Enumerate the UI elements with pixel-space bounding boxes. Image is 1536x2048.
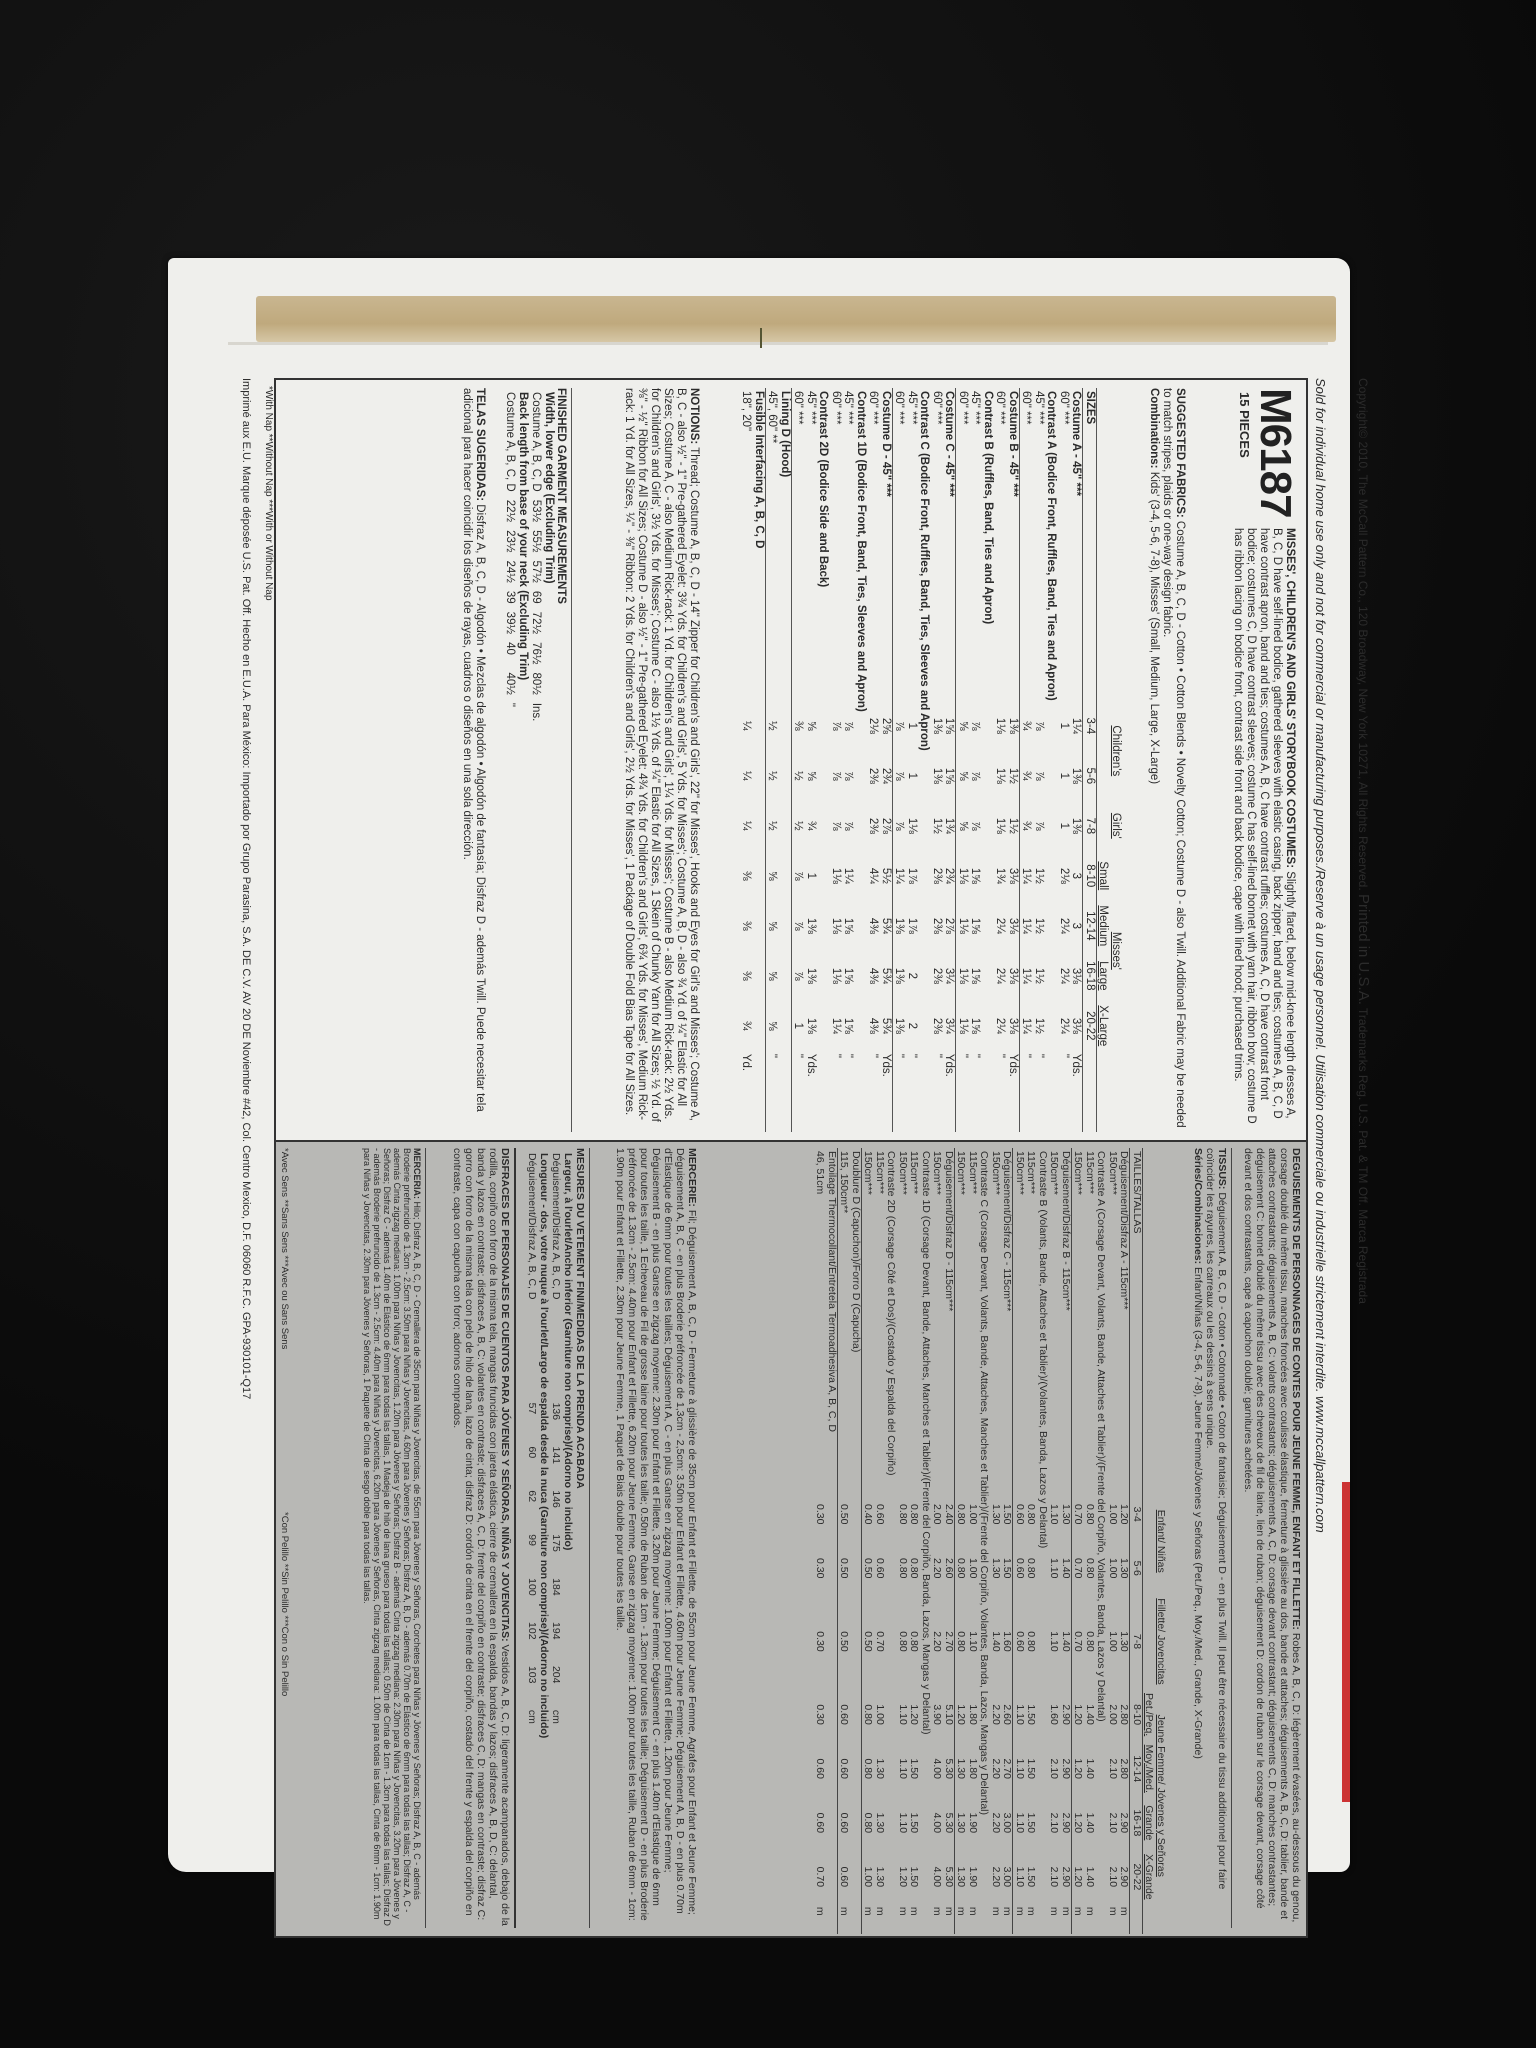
cell-value: 0.70 [1072,1487,1084,1541]
measurement-label: Width, lower edge (Excluding Trim) [542,388,555,725]
unit: " [931,1051,944,1132]
cell-value: ¾ [1020,801,1033,851]
size-group-label: Jeune Femme/ Jóvenes y Señoras [1155,1688,1167,1904]
cell-value: 0.80 [862,1742,874,1796]
measurement-label: Déguisement/Disfraz A, B, C, D [526,1148,538,1398]
cell-value: 0.80 [955,1595,967,1687]
cell-value: 1⅛ [956,851,969,901]
cell-value: 1.50 [1025,1850,1037,1904]
cell-value: ⅞ [1033,751,1046,801]
cell-value: 2¾ [943,851,956,901]
cell-value: ½ [766,701,779,751]
cell-value: 3¼ [943,951,956,1001]
cell-value: 0.80 [908,1541,920,1595]
size-header: 8-10 [1130,1688,1143,1742]
cell-value: ⅝ [956,801,969,851]
unit: m [1025,1904,1037,1934]
merceria-text: Hilo; Disfraz A, B, C, D - Cremallera de… [362,1148,422,1926]
cell-value: 2⅝ [880,701,893,751]
cell-value: 0.80 [1025,1595,1037,1687]
sizes-label: TAILLES/TALLAS [1130,1148,1143,1487]
cell-value: 1⅛ [830,851,843,901]
cell-value: 3¼ [943,1001,956,1051]
cell-value: 1.20 [1072,1688,1084,1742]
cell-value: ½ [792,751,805,801]
cell-value: 2.70 [1001,1742,1013,1796]
cell-value: ⅞ [969,701,982,751]
measurement-value: 39 [503,587,516,608]
cell-value: 0.80 [1025,1487,1037,1541]
cell-value: ½ [766,751,779,801]
row-label: 60" *** [994,388,1007,701]
table-row: 46, 51cm0.300.300.300.300.600.600.70m [814,1148,826,1934]
cell-value: 1¼ [842,851,855,901]
table-row: Fusible Interfacing A, B, C, D [753,388,766,1132]
telas-sugeridas: TELAS SUGERIDAS: Disfraz A, B, C, D - Al… [460,388,486,1128]
measurement-value: 194 [550,1617,562,1661]
cell-value: 1⅜ [805,901,818,951]
mercerie: MERCERIE: Fil; Déguisement A, B, C, D - … [614,1148,698,1928]
cell-value: 1.40 [1060,1541,1072,1595]
table-row: Costume B - 45" ***1⅜1½1½3⅛3⅛3⅛3⅛Yds. [1007,388,1020,1132]
cell-value: 1⅝ [969,851,982,901]
cell-value: 1⅜ [931,751,944,801]
measurement-value: 103 [526,1661,538,1705]
cell-value: 1½ [1033,901,1046,951]
cell-value: ⅞ [893,701,906,751]
unit: m [908,1904,920,1934]
measurement-label: Back length from base of your neck (Excl… [516,388,529,725]
table-row: 150cm***0.800.800.801.201.301.301.30m [955,1148,967,1934]
table-row: 45" ***⅞⅞⅞1⅝1⅝1⅝1⅝" [969,388,982,1132]
measurement-value: 99 [526,1529,538,1573]
row-label: 60" *** [867,388,880,701]
cell-value: 3⅛ [1070,951,1083,1001]
cell-value: ⅞ [842,801,855,851]
cell-value: 2.40 [943,1487,955,1541]
unit: m [1084,1904,1096,1934]
notions-label: NOTIONS: [688,388,700,444]
cell-value: 1⅛ [906,801,919,851]
cell-value: 1½ [1007,751,1020,801]
cell-value: 4⅜ [867,951,880,1001]
cell-value: 1⅛ [956,1001,969,1051]
cell-value: 0.30 [814,1487,826,1541]
cell-value: 0.70 [1072,1595,1084,1687]
measurement-value: 204 [550,1661,562,1705]
combinations-label: Combinations: [1148,388,1160,469]
size-header: 3-4 [1130,1487,1143,1541]
cell-value: 1.50 [908,1742,920,1796]
cell-value: 0.60 [874,1541,886,1595]
table-row: 150cm***1.301.301.402.202.202.202.20m [990,1148,1002,1934]
table-row: 150cm***1.001.001.002.002.102.102.10m [1107,1148,1119,1934]
table-row: Déguisement/Disfraz C - 115cm***1.501.50… [1001,1148,1013,1934]
cell-value: 1.50 [908,1796,920,1850]
table-row: 60" ***2⅛2⅜2⅜4¼4⅜4⅜4⅜" [867,388,880,1132]
tissus: TISSUS: Déguisement A, B, C, D - Coton •… [1192,1148,1232,1928]
row-label: 115cm*** [908,1148,920,1487]
cell-value: 1.20 [1072,1742,1084,1796]
cell-value: ⅞ [792,951,805,1001]
table-row: Costume D - 45" ***2⅝2¾2⅞5½5¾5¾5¾Yds. [880,388,893,1132]
cell-value: 2.20 [990,1742,1002,1796]
cell-value: 1.10 [1048,1541,1060,1595]
row-label: 60" *** [893,388,906,701]
table-row: 60" ***⅞⅞⅞1⅛1⅛1⅛1¼" [830,388,843,1132]
finished-measurements: FINISHED GARMENT MEASUREMENTS Width, low… [503,388,572,1132]
cell-value: ½ [766,801,779,851]
unit: m [1118,1904,1130,1934]
envelope-flap-tape [256,296,1336,342]
unit: m [1060,1904,1072,1934]
cell-value: 2.20 [931,1541,943,1595]
row-label: Costume B - 45" *** [1007,388,1020,701]
cell-value: 0.80 [897,1595,909,1687]
cell-value: 1¼ [1070,701,1083,751]
cell-value: 1.10 [897,1688,909,1742]
measurement-value: 184 [550,1573,562,1617]
table-row: 18", 20"¼¼¼⅜⅜⅜¾Yd. [740,388,753,1132]
cell-value: 2.20 [990,1850,1002,1904]
cell-value: 1.20 [1072,1796,1084,1850]
red-edge-strip [1342,1482,1350,1802]
mercerie-text: Fil; Déguisement A, B, C, D - Fermeture … [614,1148,698,1921]
row-label: Déguisement/Disfraz C - 115cm*** [1001,1148,1013,1487]
cell-value: 1.00 [862,1850,874,1904]
cell-value: 1½ [1033,1001,1046,1051]
cell-value: 4.00 [931,1796,943,1850]
tissus-label: TISSUS: [1216,1148,1228,1189]
row-label: Contrast 1D (Bodice Front, Band, Ties, S… [855,388,868,1132]
cell-value: 1 [792,1001,805,1051]
unit-header [1130,1904,1143,1934]
unit: m [1048,1904,1060,1934]
row-label: 45" *** [906,388,919,701]
cell-value: 2.80 [1118,1688,1130,1742]
cell-value: 1⅝ [842,1001,855,1051]
row-label: Entoilage Thermocollant/Entretela Termoa… [826,1148,838,1934]
cell-value: 0.80 [862,1688,874,1742]
row-label: 60" *** [830,388,843,701]
french-title: DEGUISEMENTS DE PERSONNAGES DE CONTES PO… [1290,1148,1302,1630]
measurement-value: 80½ [529,668,542,698]
size-name [1097,801,1110,851]
cell-value: 5½ [880,851,893,901]
cell-value: 2.90 [1060,1742,1072,1796]
metric-table: Enfant/ NiñasFillette/ JovencitasJeune F… [814,1148,1166,1934]
cell-value: 2.10 [1107,1742,1119,1796]
cell-value: 1¾ [994,851,1007,901]
cell-value: 0.80 [955,1541,967,1595]
size-group-label: Misses' [1110,851,1123,1051]
cell-value: 1⅜ [893,901,906,951]
cell-value: 0.50 [862,1541,874,1595]
pieces-count: 15 PIECES [1237,392,1252,458]
tissus-text: Déguisement A, B, C, D - Coton • Cotonna… [1204,1148,1228,1889]
cell-value: ⅜ [740,901,753,951]
row-label: 60" *** [1020,388,1033,701]
unit: " [842,1051,855,1132]
title-block: M6187 15 PIECES MISSES', CHILDREN'S AND … [1190,388,1300,1128]
table-row: 60" ***⅝⅝⅝1⅛1⅛1⅛1⅛" [956,388,969,1132]
cell-value: 1.30 [1118,1595,1130,1687]
unit: " [906,1051,919,1132]
cell-value: 1.10 [967,1595,979,1687]
cell-value: 1.10 [897,1796,909,1850]
unit: Yds. [1007,1051,1020,1132]
measurement-value: 22½ [503,496,516,526]
cell-value: ⅝ [766,951,779,1001]
cell-value: 2.10 [1107,1796,1119,1850]
cell-value: 1⅝ [943,751,956,801]
size-header-row: SIZES3-45-67-88-1012-1416-1820-22 [1083,388,1097,1132]
cell-value: 0.80 [1084,1487,1096,1541]
cell-value: ⅝ [766,851,779,901]
unit: " [830,1051,843,1132]
cell-value: 1¼ [1020,901,1033,951]
table-row: Contrast 2D (Bodice Side and Back) [817,388,830,1132]
cell-value: 5¾ [880,1001,893,1051]
cell-value: 1.30 [955,1796,967,1850]
table-row: Contraste B (Volants, Bande, Attaches et… [1037,1148,1049,1934]
cell-value: ½ [792,801,805,851]
row-label: 18", 20" [740,388,753,701]
cell-value: 1.50 [1025,1796,1037,1850]
row-label: Costume A - 45" *** [1070,388,1083,701]
cell-value: 0.30 [814,1595,826,1687]
cell-value: 2.10 [1048,1796,1060,1850]
row-label: Costume C - 45" *** [943,388,956,701]
measurement-value: 55½ [529,526,542,556]
table-row: Contrast B (Ruffles, Band, Ties and Apro… [982,388,995,1132]
measurement-row: Width, lower edge (Excluding Trim) [542,388,555,725]
row-label: 45", 60" ** [766,388,779,701]
cell-value: 1⅝ [842,951,855,1001]
unit: Yds. [943,1051,956,1132]
cell-value: 1⅜ [1070,751,1083,801]
row-label: 150cm*** [990,1148,1002,1487]
yardage-table: Children'sGirls'Misses'SmallMediumLargeX… [740,388,1122,1132]
measurement-value: 146 [550,1485,562,1529]
cell-value: 1.20 [1118,1487,1130,1541]
measurement-value: 102 [526,1617,538,1661]
measurement-row: Déguisement/Disfraz A, B, C, D1361411461… [550,1148,562,1743]
size-name [1097,701,1110,751]
cell-value: ⅞ [792,901,805,951]
cell-value: 1¾ [943,801,956,851]
cell-value: 0.80 [908,1487,920,1541]
cell-value: ⅝ [766,1001,779,1051]
cell-value: 1.00 [1107,1487,1119,1541]
unit: " [503,699,516,726]
cell-value: 2⅞ [880,801,893,851]
measurement-row: Largeur, à l'ourlet/Ancho inferior (Garn… [562,1148,574,1743]
cell-value: 1½ [1007,801,1020,851]
cell-value: 1⅜ [931,701,944,751]
unit: m [838,1904,850,1934]
size-header: 12-14 [1130,1742,1143,1796]
cell-value: 5.30 [943,1742,955,1796]
cell-value: 1⅞ [906,851,919,901]
row-label: 45" *** [805,388,818,701]
row-label: Contrast B (Ruffles, Band, Ties and Apro… [982,388,995,1132]
suggested-fabrics-label: SUGGESTED FABRICS: [1174,388,1186,518]
size-header: 5-6 [1083,751,1097,801]
cell-value: 0.80 [1084,1595,1096,1687]
cell-value: 2.10 [1107,1850,1119,1904]
row-label: Contraste 1D (Corsage Devant, Bande, Att… [920,1148,932,1934]
row-label: 150cm*** [897,1148,909,1487]
measurement-value: 60 [526,1441,538,1485]
cell-value: 1.50 [908,1850,920,1904]
row-label: Déguisement/Disfraz B - 115cm*** [1060,1148,1072,1487]
cell-value: 0.50 [862,1595,874,1687]
cell-value: 2 [906,951,919,1001]
unit: cm [526,1705,538,1743]
unit: " [1020,1051,1033,1132]
cell-value: 2.90 [1118,1796,1130,1850]
cell-value: 2⅜ [931,1001,944,1051]
table-row: Costume C - 45" ***1⅝1⅝1¾2¾2⅞3¼3¼Yds. [943,388,956,1132]
measurement-value: 141 [550,1441,562,1485]
cell-value: 1⅛ [956,901,969,951]
table-row: 150cm***0.800.800.801.101.101.101.20m [897,1148,909,1934]
cell-value: 1.90 [967,1796,979,1850]
cell-value: 0.60 [838,1850,850,1904]
cell-value: ⅝ [766,901,779,951]
cell-value: 0.80 [1025,1541,1037,1595]
table-row: 45" ***111⅛1⅞1⅞22" [906,388,919,1132]
cell-value: 1.00 [1107,1541,1119,1595]
cell-value: 5¾ [880,901,893,951]
unit: " [956,1051,969,1132]
cell-value: 0.70 [1072,1541,1084,1595]
measurement-row: Déguisement/Disfraz A, B, C, D5760629910… [526,1148,538,1743]
cell-value: 0.50 [838,1487,850,1541]
cell-value: 1⅝ [969,901,982,951]
cell-value: 0.60 [838,1742,850,1796]
cell-value: 2¾ [880,751,893,801]
cell-value: ¾ [805,801,818,851]
measurement-value: 57½ [529,556,542,586]
french-description: DEGUISEMENTS DE PERSONNAGES DE CONTES PO… [1242,1148,1302,1928]
measurement-value: 62 [526,1485,538,1529]
combinations-text: Kids' (3-4, 5-6, 7-8), Misses' (Small, M… [1148,472,1160,784]
unit: Yds. [1070,1051,1083,1132]
table-row: 45" ***⅞⅞⅞1½1½1½1½" [1033,388,1046,1132]
table-row: 150cm***0.700.700.701.201.201.201.20m [1072,1148,1084,1934]
measurement-label: Costume A, B, C, D [503,388,516,496]
measurement-value: 175 [550,1529,562,1573]
size-name: X-Large [1097,1001,1110,1051]
avec-sens-key: *Avec Sens **Sans Sens ***Avec ou Sans S… [279,1148,290,1349]
copyright-text: Copyright© 2010, The McCall Pattern Co.,… [1356,378,1370,891]
size-header: 8-10 [1083,851,1097,901]
envelope-flap-fold [228,342,1328,345]
cell-value: 1⅜ [1007,701,1020,751]
cell-value: 0.50 [838,1595,850,1687]
cell-value: 4¼ [867,851,880,901]
cell-value: 2.60 [943,1541,955,1595]
cell-value: 1 [805,851,818,901]
cell-value: 1.40 [1084,1742,1096,1796]
cell-value: 0.50 [838,1541,850,1595]
table-row: 115, 150cm**0.500.500.500.600.600.600.60… [838,1148,850,1934]
cell-value: 2⅜ [931,951,944,1001]
unit: Yd. [740,1051,753,1132]
cell-value: 1⅝ [969,1001,982,1051]
measurement-label: Déguisement/Disfraz A, B, C, D [550,1148,562,1398]
cell-value: 1.90 [967,1850,979,1904]
cell-value: 0.80 [1084,1541,1096,1595]
size-header: 12-14 [1083,901,1097,951]
size-header: 20-22 [1083,1001,1097,1051]
row-label: Contraste A (Corsage Devant, Volants, Ba… [1095,1148,1107,1934]
cell-value: 1 [1058,801,1071,851]
nap-key: *With Nap **Without Nap ***With or Witho… [263,386,274,601]
cell-value: 0.80 [955,1487,967,1541]
cell-value: 2¼ [1058,901,1071,951]
table-row: 150cm***0.600.600.601.101.101.101.10m [1013,1148,1025,1934]
cell-value: 1⅜ [893,1001,906,1051]
telas-label: TELAS SUGERIDAS: [474,388,486,501]
cell-value: 0.80 [897,1541,909,1595]
cell-value: ⅝ [956,701,969,751]
unit: " [1033,1051,1046,1132]
mesures-vetement: MESURES DU VETEMENT FINI/MEDIDAS DE LA P… [526,1148,590,1928]
cell-value: 1.30 [955,1850,967,1904]
cell-value: 2⅜ [867,751,880,801]
cell-value: ⅝ [805,701,818,751]
table-row: Contrast 1D (Bodice Front, Band, Ties, S… [855,388,868,1132]
size-name-row: Pet./Peq.Moy./Med.GrandeX-Grande [1143,1148,1155,1934]
unit: Ins. [529,699,542,726]
table-row: 60" ***1⅛1⅛1⅛1¾2¼2¼2¼" [994,388,1007,1132]
unit: m [1001,1904,1013,1934]
table-row: 115cm***1.001.001.101.801.801.901.90m [967,1148,979,1934]
unit: m [874,1904,886,1934]
unit-header [1083,1051,1097,1132]
cell-value: ¾ [1020,751,1033,801]
measurement-label: Largeur, à l'ourlet/Ancho inferior (Garn… [562,1148,574,1743]
table-row: 60" ***⅞⅞⅞1¼1⅜1⅜1⅜" [893,388,906,1132]
size-header-row: TAILLES/TALLAS3-45-67-88-1012-1416-1820-… [1130,1148,1143,1934]
cell-value: ⅞ [893,751,906,801]
cell-value: 1¼ [1020,951,1033,1001]
measurement-row: Costume A, B, C, D22½23½24½3939½4040½" [503,388,516,725]
spacer [1155,1148,1167,1487]
table-row: Contraste A (Corsage Devant, Volants, Ba… [1095,1148,1107,1934]
cell-value: 1½ [1033,851,1046,901]
unit: m [955,1904,967,1934]
cell-value: 3⅛ [1070,1001,1083,1051]
cell-value: 2.00 [1107,1688,1119,1742]
cell-value: 2⅛ [867,701,880,751]
cell-value: 3.90 [931,1688,943,1742]
spacer [1143,1148,1155,1487]
unit: m [814,1904,826,1934]
cell-value: ⅞ [792,851,805,901]
cell-value: ⅝ [956,751,969,801]
measurement-row: Back length from base of your neck (Excl… [516,388,529,725]
table-row: 60" ***1⅜1⅜1½2⅜2⅜2⅜2⅜" [931,388,944,1132]
french-spanish-panel: DEGUISEMENTS DE PERSONNAGES DE CONTES PO… [276,1142,1306,1936]
unit: m [943,1904,955,1934]
disfraces-title: DISFRACES DE PERSONAJES DE CUENTOS PARA … [499,1148,511,1642]
english-panel: M6187 15 PIECES MISSES', CHILDREN'S AND … [276,380,1306,1142]
unit: " [1058,1051,1071,1132]
